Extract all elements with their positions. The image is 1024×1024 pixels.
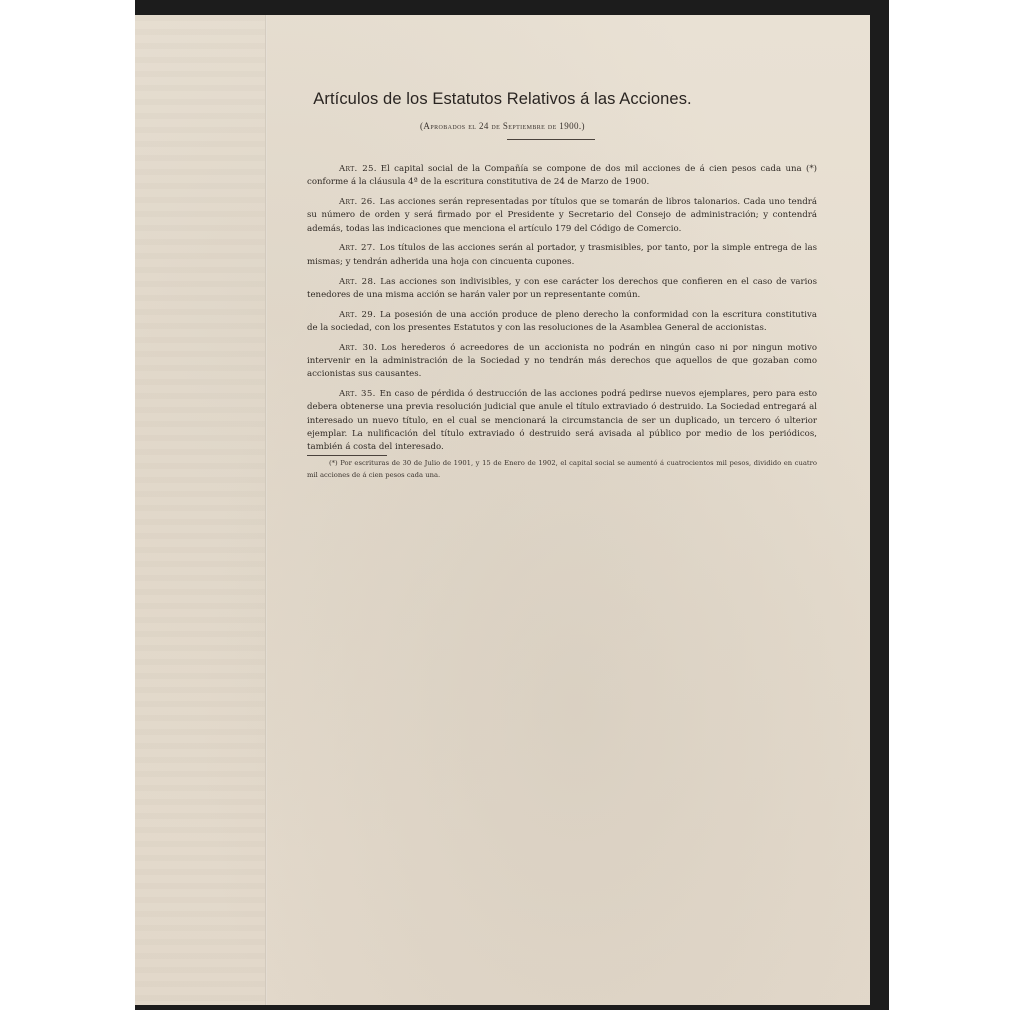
faded-margin-print <box>135 15 265 1005</box>
article-label: Art. 28. <box>339 277 376 287</box>
article-30: Art. 30.Los herederos ó acreedores de un… <box>307 342 817 382</box>
document-page: Artículos de los Estatutos Relativos á l… <box>135 15 870 1005</box>
article-text: Los títulos de las acciones serán al por… <box>307 243 817 266</box>
footnote-divider <box>307 455 387 456</box>
article-35: Art. 35.En caso de pérdida ó destrucción… <box>307 388 817 454</box>
article-label: Art. 35. <box>339 389 376 399</box>
article-text: En caso de pérdida ó destrucción de las … <box>307 389 817 452</box>
article-25: Art. 25.El capital social de la Compañía… <box>307 163 817 190</box>
articles-body: Art. 25.El capital social de la Compañía… <box>307 163 817 461</box>
article-text: Las acciones son indivisibles, y con ese… <box>307 277 817 300</box>
article-text: Las acciones serán representadas por tít… <box>307 197 817 234</box>
document-title: Artículos de los Estatutos Relativos á l… <box>135 90 870 109</box>
article-26: Art. 26.Las acciones serán representadas… <box>307 196 817 236</box>
article-text: El capital social de la Compañía se comp… <box>307 164 817 187</box>
article-label: Art. 25. <box>339 164 377 174</box>
article-label: Art. 29. <box>339 310 376 320</box>
page-fold-line <box>265 15 267 1005</box>
article-label: Art. 30. <box>339 343 377 353</box>
document-subtitle: (Aprobados el 24 de Septiembre de 1900.) <box>135 121 870 131</box>
footnote: (*) Por escrituras de 30 de Julio de 190… <box>307 458 817 481</box>
article-label: Art. 26. <box>339 197 376 207</box>
title-divider <box>507 139 595 140</box>
article-text: Los herederos ó acreedores de un accioni… <box>307 343 817 380</box>
article-27: Art. 27.Los títulos de las acciones será… <box>307 242 817 269</box>
article-29: Art. 29.La posesión de una acción produc… <box>307 309 817 336</box>
article-text: La posesión de una acción produce de ple… <box>307 310 817 333</box>
article-28: Art. 28.Las acciones son indivisibles, y… <box>307 276 817 303</box>
article-label: Art. 27. <box>339 243 376 253</box>
